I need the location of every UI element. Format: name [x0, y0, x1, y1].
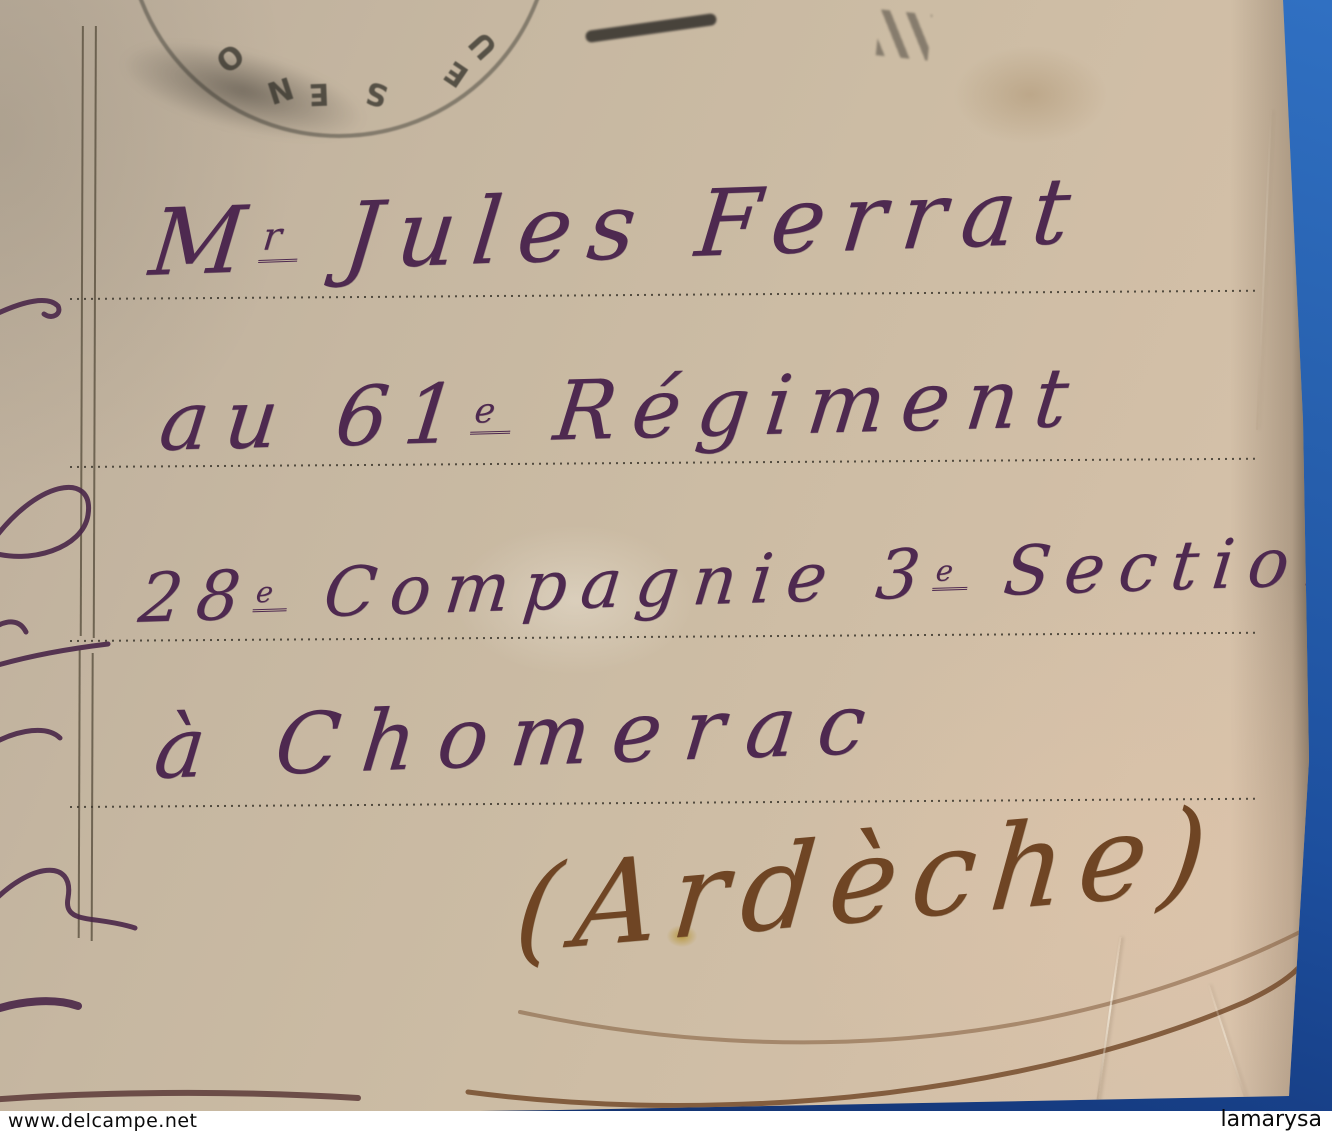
- address-line-2-superscript: e: [470, 391, 515, 435]
- address-line-3-superscript: e: [252, 574, 291, 612]
- address-line-3-text: 28: [135, 556, 258, 639]
- photo-background: O N E S E U: [0, 0, 1332, 1132]
- divider-line: [78, 650, 81, 938]
- address-line-1-superscript: r: [258, 213, 302, 263]
- address-line-2-rest: Régiment: [507, 351, 1089, 461]
- address-line-1-text: M: [145, 186, 266, 297]
- postcard: O N E S E U: [0, 0, 1332, 1132]
- address-line-2-text: au 61: [155, 367, 478, 470]
- address-line-3-rest: Section: [964, 521, 1332, 613]
- lamarysa-watermark: lamarysa: [1220, 1109, 1322, 1131]
- divider-line: [91, 653, 94, 941]
- address-line-3-superscript-2: e: [932, 553, 971, 591]
- delcampe-watermark: www.delcampe.net: [8, 1111, 198, 1132]
- watermark-bar: www.delcampe.net lamarysa: [0, 1111, 1332, 1132]
- divider-line: [93, 26, 97, 638]
- divider-line: [80, 26, 84, 636]
